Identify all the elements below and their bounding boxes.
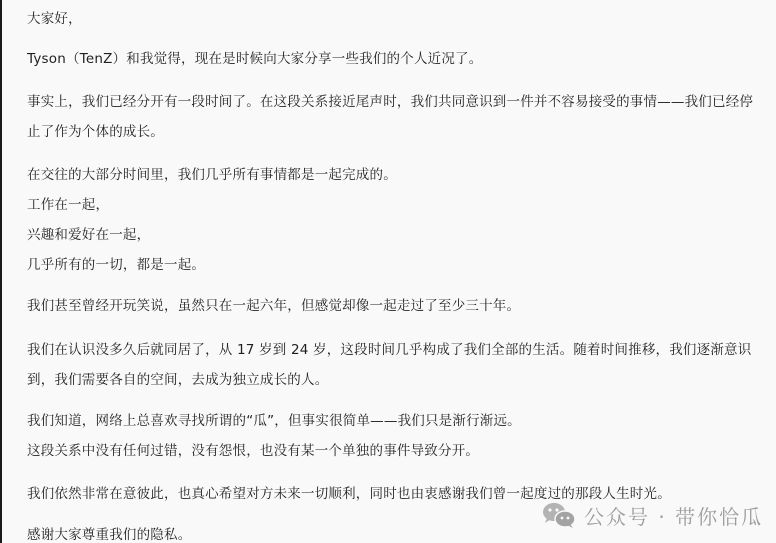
watermark-text: 公众号 · 带你恰瓜 [584,501,763,530]
paragraph-joke: 我们甚至曾经开玩笑说，虽然只在一起六年，但感觉却像一起走过了至少三十年。 [27,297,520,315]
wechat-icon [542,501,576,529]
paragraph-together-line-4: 几乎所有的一切，都是一起。 [27,256,205,274]
watermark: 公众号 · 带你恰瓜 [542,499,763,531]
greeting-line: 大家好， [27,10,82,28]
paragraph-lived-together-line-1: 我们在认识没多久后就同居了，从 17 岁到 24 岁，这段时间几乎构成了我们全部… [27,341,751,359]
paragraph-drifted-line-2: 这段关系中没有任何过错，没有怨恨，也没有某一个单独的事件导致分开。 [27,442,479,460]
paragraph-lived-together-line-2: 到，我们需要各自的空间，去成为独立成长的人。 [27,371,328,389]
paragraph-intro: Tyson（TenZ）和我觉得，现在是时候向大家分享一些我们的个人近况了。 [27,50,482,68]
left-border [0,0,2,543]
paragraph-separated-line-2: 止了作为个体的成长。 [27,123,164,141]
paragraph-together-line-3: 兴趣和爱好在一起， [27,226,150,244]
paragraph-drifted-line-1: 我们知道，网络上总喜欢寻找所谓的“瓜”，但事实很简单——我们只是渐行渐远。 [27,412,521,430]
paragraph-together-line-2: 工作在一起， [27,196,109,214]
paragraph-privacy: 感谢大家尊重我们的隐私。 [27,526,191,543]
paragraph-together-line-1: 在交往的大部分时间里，我们几乎所有事情都是一起完成的。 [27,166,397,184]
paragraph-separated-line-1: 事实上，我们已经分开有一段时间了。在这段关系接近尾声时，我们共同意识到一件并不容… [27,93,753,111]
